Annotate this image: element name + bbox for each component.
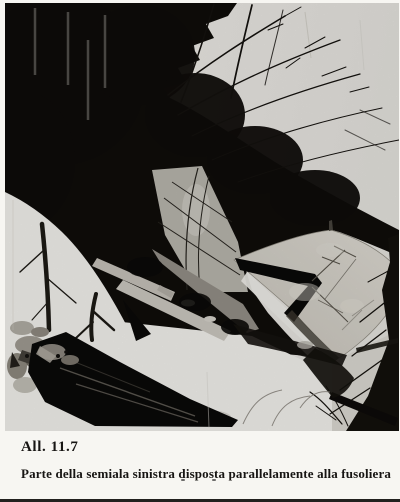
photo-caption: Parte della semiala sinistra disposta pa… — [21, 467, 391, 481]
scan-speck — [181, 479, 185, 481]
crash-photo-graphic — [5, 3, 399, 431]
crash-photo — [5, 3, 399, 431]
film-grain-overlay — [5, 3, 399, 431]
scanned-report-page: All. 11.7 Parte della semiala sinistra d… — [0, 0, 400, 502]
scan-speck — [212, 479, 216, 481]
attachment-label: All. 11.7 — [21, 440, 79, 455]
